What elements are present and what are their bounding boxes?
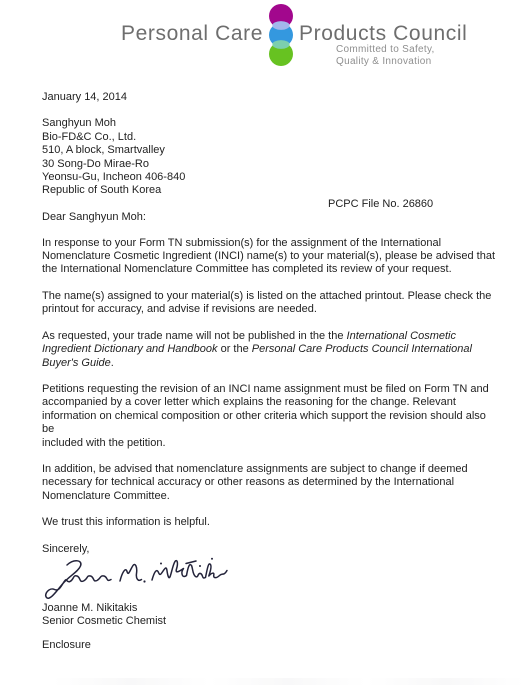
letterhead: Personal Care Products Council Committed…: [0, 0, 524, 70]
paragraph: We trust this information is helpful.: [42, 516, 500, 529]
text-segment: In addition, be advised that nomenclatur…: [42, 463, 468, 502]
logo-overlap-lavender: [272, 21, 289, 30]
address-line: Sanghyun Moh: [42, 117, 500, 130]
letter-content: January 14, 2014 Sanghyun Moh Bio-FD&C C…: [42, 91, 500, 652]
address-line: 30 Song-Do Mirae-Ro: [42, 158, 500, 171]
text-segment: We trust this information is helpful.: [42, 516, 210, 528]
logo-text-right: Products Council: [299, 22, 467, 46]
text-segment: or the: [218, 343, 252, 355]
paragraph: Petitions requesting the revision of an …: [42, 383, 500, 450]
letter-date: January 14, 2014: [42, 91, 500, 104]
signature-image: [40, 557, 230, 602]
text-segment: .: [111, 357, 114, 369]
text-segment: In response to your Form TN submission(s…: [42, 237, 495, 276]
enclosure: Enclosure: [42, 639, 500, 652]
signer-title: Senior Cosmetic Chemist: [42, 615, 500, 628]
salutation: Dear Sanghyun Moh:: [42, 211, 500, 224]
logo-text-left: Personal Care: [121, 22, 263, 46]
address-line: Republic of South Korea: [42, 184, 500, 197]
text-segment: Petitions requesting the revision of an …: [42, 383, 489, 449]
scan-artifact: [0, 678, 524, 685]
address-line: 510, A block, Smartvalley: [42, 144, 500, 157]
paragraph: As requested, your trade name will not b…: [42, 330, 500, 370]
letter-page: Personal Care Products Council Committed…: [0, 0, 524, 685]
recipient-address: Sanghyun Moh Bio-FD&C Co., Ltd. 510, A b…: [42, 117, 500, 197]
logo-circles-icon: [266, 2, 296, 66]
text-segment: As requested, your trade name will not b…: [42, 330, 347, 342]
address-line: Yeonsu-Gu, Incheon 406-840: [42, 171, 500, 184]
address-line: Bio-FD&C Co., Ltd.: [42, 131, 500, 144]
file-number: PCPC File No. 26860: [328, 198, 500, 211]
logo-overlap-teal: [272, 40, 289, 49]
closing: Sincerely,: [42, 543, 500, 556]
paragraph: The name(s) assigned to your material(s)…: [42, 290, 500, 317]
tagline-line-2: Quality & Innovation: [336, 56, 435, 68]
logo-tagline: Committed to Safety, Quality & Innovatio…: [336, 44, 435, 68]
text-segment: The name(s) assigned to your material(s)…: [42, 290, 491, 315]
paragraph: In response to your Form TN submission(s…: [42, 237, 500, 277]
pcpc-logo: Personal Care Products Council: [121, 2, 524, 66]
paragraph: In addition, be advised that nomenclatur…: [42, 463, 500, 503]
letter-paragraphs: In response to your Form TN submission(s…: [42, 237, 500, 530]
signer-name: Joanne M. Nikitakis: [42, 602, 500, 615]
tagline-line-1: Committed to Safety,: [336, 44, 435, 56]
